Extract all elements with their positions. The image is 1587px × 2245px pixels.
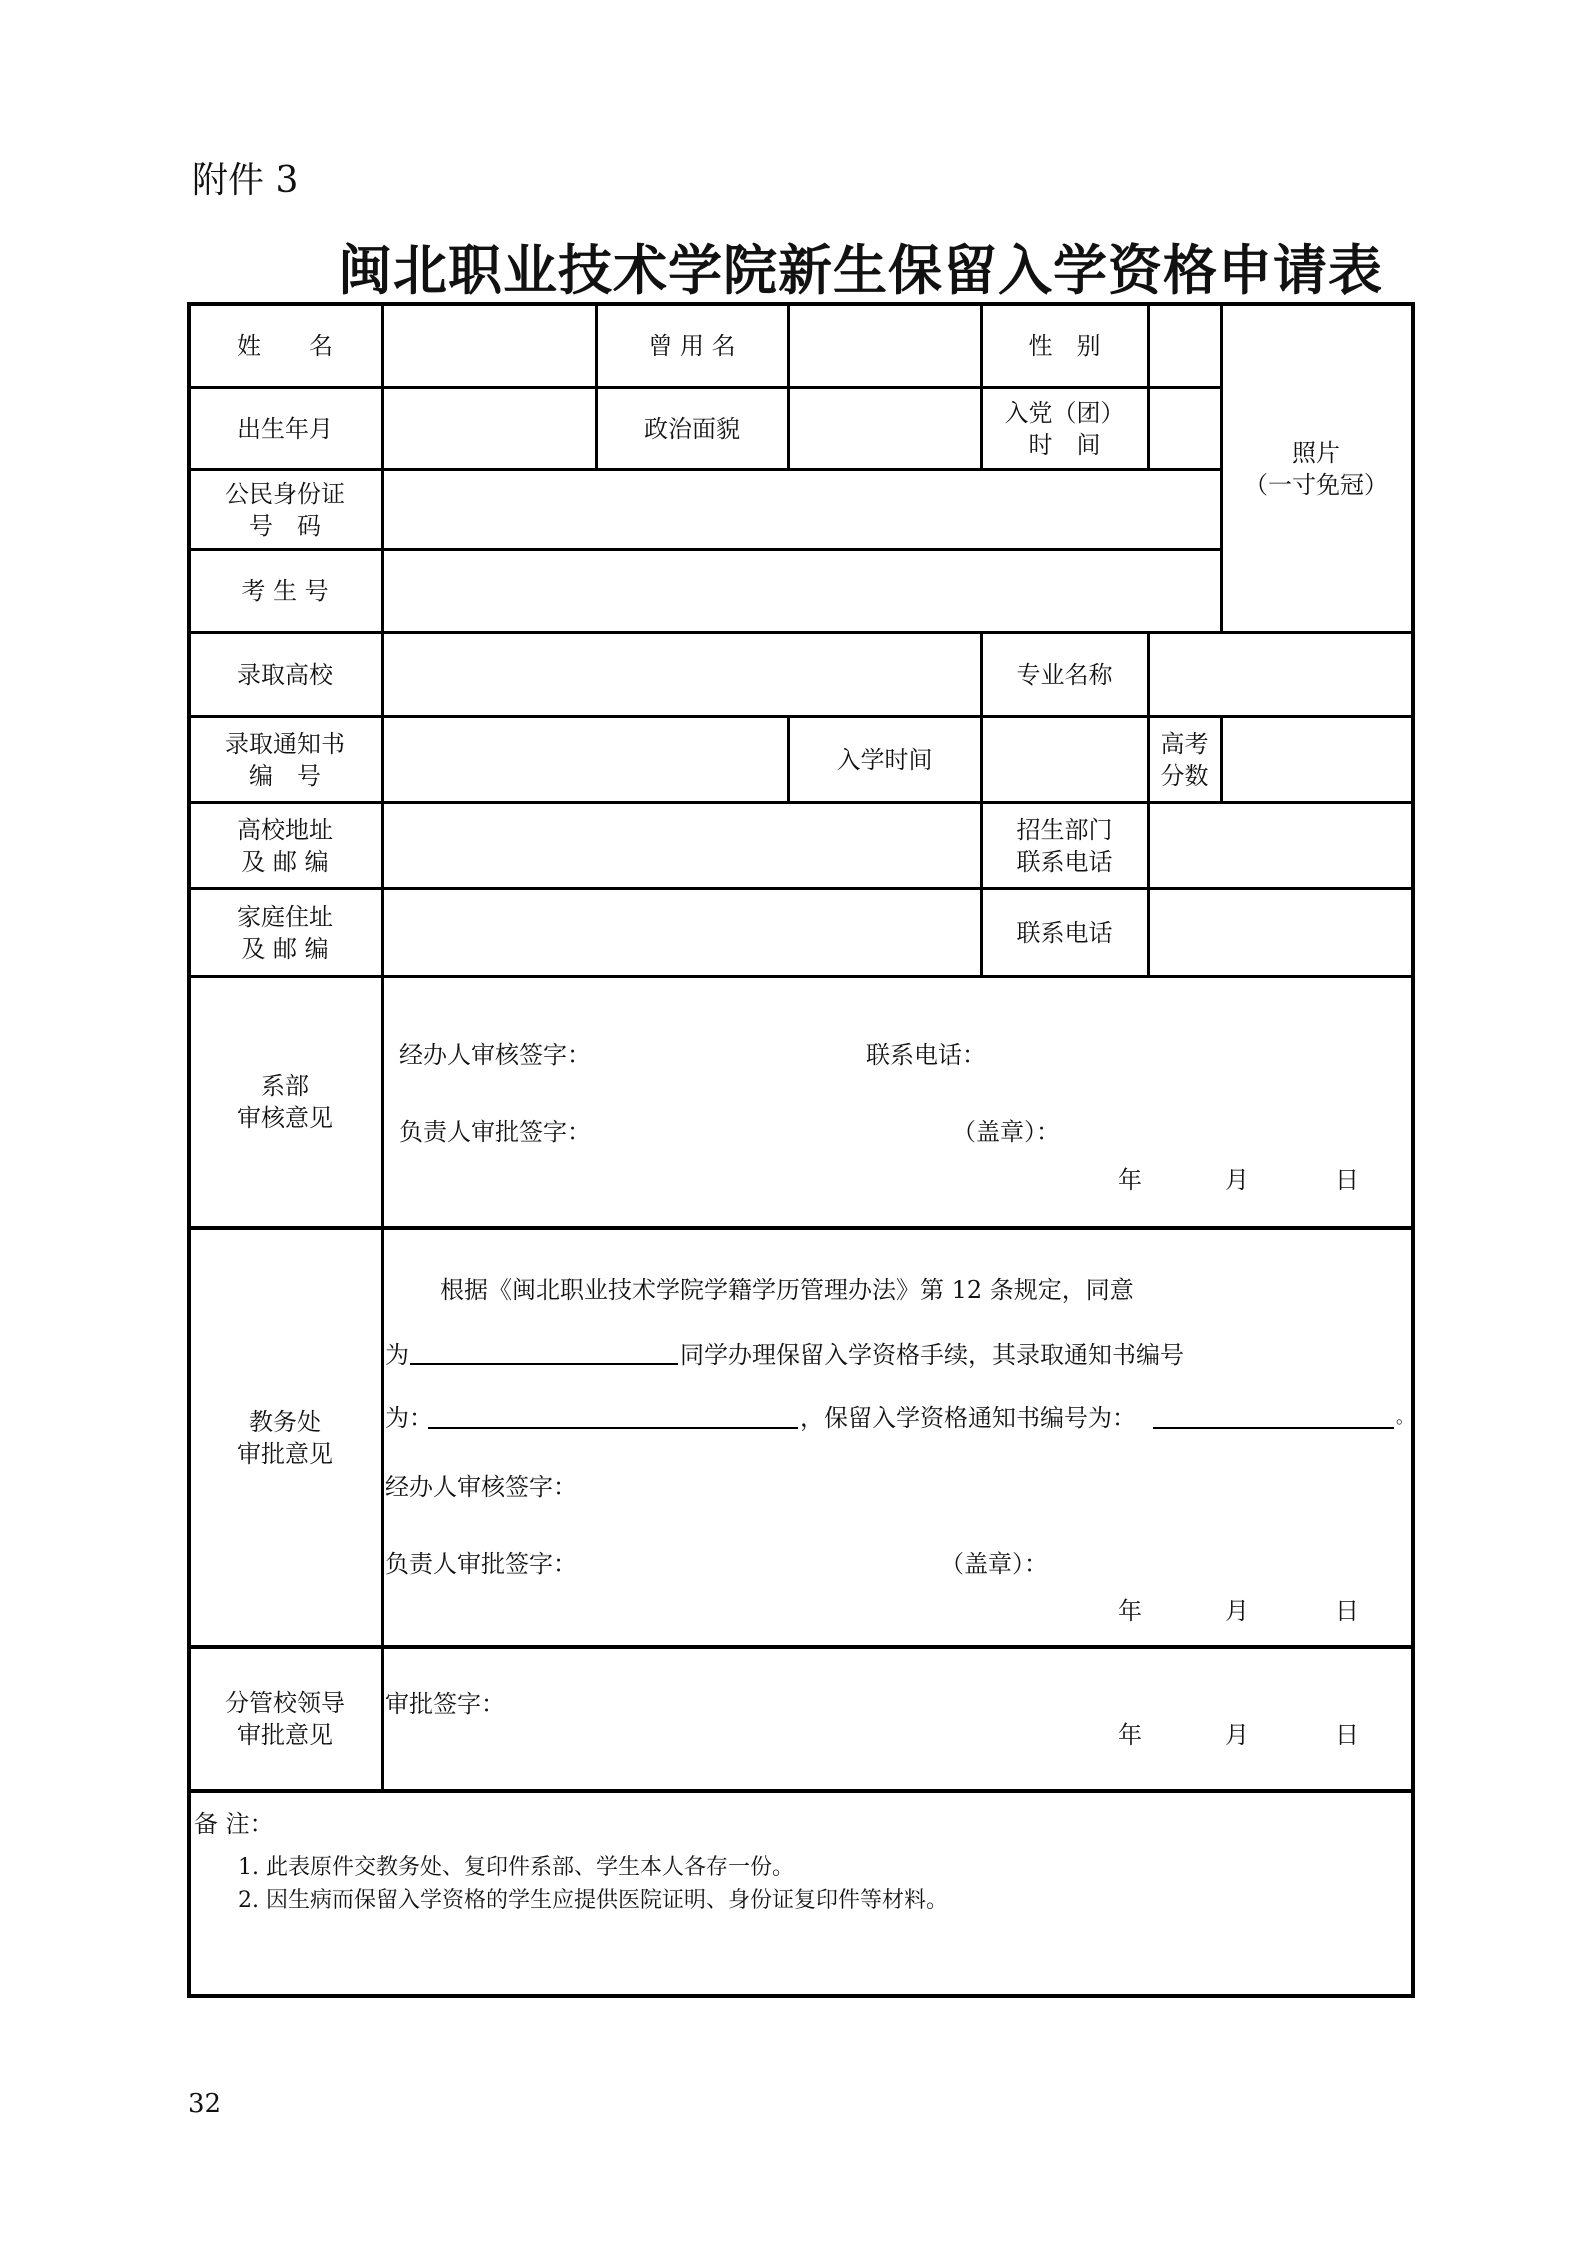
dept-year: 年 <box>1118 1165 1142 1195</box>
remarks-item: 2. 因生病而保留入学资格的学生应提供医院证明、身份证复印件等材料。 <box>238 1886 948 1916</box>
school-addr-field[interactable] <box>385 804 979 887</box>
id-label: 公民身份证 号 码 <box>190 471 380 548</box>
party-join-field[interactable] <box>1150 389 1219 468</box>
admit-contact-label-line1: 招生部门 <box>1017 814 1113 846</box>
name-label: 姓 名 <box>190 306 380 386</box>
academic-review-label: 教务处 审批意见 <box>190 1230 380 1645</box>
attachment-label: 附件 3 <box>192 152 298 203</box>
admit-school-label-text: 录取高校 <box>237 659 333 691</box>
home-addr-label-line1: 家庭住址 <box>237 901 333 933</box>
birth-label-text: 出生年月 <box>237 413 333 445</box>
notice-no-label-line1: 录取通知书 <box>225 728 345 760</box>
academic-year: 年 <box>1118 1596 1142 1626</box>
gender-label-text: 性 别 <box>1029 330 1101 362</box>
enroll-time-label: 入学时间 <box>790 718 979 801</box>
reserve-no-blank[interactable] <box>1153 1427 1394 1429</box>
leader-year: 年 <box>1118 1720 1142 1750</box>
remarks-title: 备 注： <box>194 1809 274 1839</box>
photo-box[interactable]: 照片 （一寸免冠） <box>1223 306 1409 632</box>
home-addr-label-line2: 及 邮 编 <box>241 933 328 965</box>
enroll-time-field[interactable] <box>983 718 1146 801</box>
notice-no-field[interactable] <box>385 718 786 801</box>
former-name-field[interactable] <box>791 306 979 386</box>
academic-head-sign: 负责人审批签字： <box>385 1549 577 1579</box>
form-title: 闽北职业技术学院新生保留入学资格申请表 <box>338 228 1383 305</box>
political-label: 政治面貌 <box>598 389 786 468</box>
score-field[interactable] <box>1223 718 1409 801</box>
school-addr-label-line2: 及 邮 编 <box>241 846 328 878</box>
dept-contact-phone: 联系电话： <box>866 1040 986 1070</box>
academic-month: 月 <box>1225 1596 1249 1626</box>
major-label: 专业名称 <box>983 634 1146 715</box>
party-join-label: 入党（团） 时 间 <box>983 389 1146 468</box>
birth-field[interactable] <box>385 389 594 468</box>
party-join-label-line2: 时 间 <box>1029 429 1101 461</box>
leader-review-label-line2: 审批意见 <box>237 1719 333 1751</box>
gender-field[interactable] <box>1150 306 1219 386</box>
notice-no-blank[interactable] <box>428 1427 798 1429</box>
dept-month: 月 <box>1225 1165 1249 1195</box>
dept-day: 日 <box>1335 1165 1359 1195</box>
admit-contact-label-line2: 联系电话 <box>1017 846 1113 878</box>
exam-no-field[interactable] <box>385 551 1219 631</box>
leader-month: 月 <box>1225 1720 1249 1750</box>
party-join-label-line1: 入党（团） <box>1005 397 1125 429</box>
dept-review-area[interactable] <box>385 978 1409 1226</box>
page-number: 32 <box>188 2089 221 2119</box>
admit-school-label: 录取高校 <box>190 634 380 715</box>
political-label-text: 政治面貌 <box>644 413 740 445</box>
col-divider <box>381 304 384 1791</box>
academic-seal: （盖章）： <box>940 1549 1048 1579</box>
id-field[interactable] <box>385 471 1219 548</box>
name-field[interactable] <box>385 306 594 386</box>
academic-para-3-end: 。 <box>1396 1403 1414 1433</box>
dept-handler-sign: 经办人审核签字： <box>399 1040 591 1070</box>
remarks-item: 1. 此表原件交教务处、复印件系部、学生本人各存一份。 <box>238 1853 794 1883</box>
political-field[interactable] <box>791 389 979 468</box>
row-divider <box>189 1789 1413 1793</box>
home-addr-label: 家庭住址 及 邮 编 <box>190 890 380 975</box>
home-phone-field[interactable] <box>1150 890 1409 975</box>
academic-handler-sign: 经办人审核签字： <box>385 1472 577 1502</box>
former-name-label-text: 曾 用 名 <box>648 330 735 362</box>
student-name-blank[interactable] <box>410 1363 678 1365</box>
dept-seal: （盖章）： <box>952 1117 1060 1147</box>
notice-no-label-line2: 编 号 <box>249 760 321 792</box>
id-label-line2: 号 码 <box>249 510 321 542</box>
school-addr-label-line1: 高校地址 <box>237 814 333 846</box>
col-divider <box>787 304 790 470</box>
dept-review-label-line2: 审核意见 <box>237 1102 333 1134</box>
leader-review-area[interactable] <box>385 1649 1409 1789</box>
name-label-text: 姓 名 <box>237 330 333 362</box>
admit-contact-field[interactable] <box>1150 804 1409 887</box>
dept-review-label: 系部 审核意见 <box>190 978 380 1226</box>
exam-no-label: 考 生 号 <box>190 551 380 631</box>
admit-school-field[interactable] <box>385 634 979 715</box>
former-name-label: 曾 用 名 <box>598 306 786 386</box>
admit-contact-label: 招生部门 联系电话 <box>983 804 1146 887</box>
academic-para-2-suffix: 同学办理保留入学资格手续，其录取通知书编号 <box>680 1340 1184 1370</box>
major-label-text: 专业名称 <box>1017 659 1113 691</box>
academic-para-2-prefix: 为 <box>385 1340 409 1370</box>
id-label-line1: 公民身份证 <box>225 478 345 510</box>
photo-size-label: （一寸免冠） <box>1244 469 1388 501</box>
score-label-line1: 高考 <box>1161 728 1209 760</box>
leader-day: 日 <box>1335 1720 1359 1750</box>
major-field[interactable] <box>1150 634 1409 715</box>
academic-para-3-mid: ，保留入学资格通知书编号为： <box>800 1403 1136 1433</box>
home-phone-label-text: 联系电话 <box>1017 917 1113 949</box>
notice-no-label: 录取通知书 编 号 <box>190 718 380 801</box>
score-label: 高考 分数 <box>1150 718 1219 801</box>
dept-head-sign: 负责人审批签字： <box>399 1117 591 1147</box>
leader-review-label-line1: 分管校领导 <box>225 1687 345 1719</box>
academic-review-label-line1: 教务处 <box>249 1406 321 1438</box>
birth-label: 出生年月 <box>190 389 380 468</box>
academic-para-3-prefix: 为： <box>385 1403 433 1433</box>
academic-para-1: 根据《闽北职业技术学院学籍学历管理办法》第 12 条规定，同意 <box>440 1275 1134 1305</box>
academic-day: 日 <box>1335 1596 1359 1626</box>
leader-review-label: 分管校领导 审批意见 <box>190 1649 380 1789</box>
photo-label: 照片 <box>1292 437 1340 469</box>
academic-review-label-line2: 审批意见 <box>237 1438 333 1470</box>
dept-review-label-line1: 系部 <box>261 1070 309 1102</box>
leader-sign: 审批签字： <box>385 1689 505 1719</box>
school-addr-label: 高校地址 及 邮 编 <box>190 804 380 887</box>
home-phone-label: 联系电话 <box>983 890 1146 975</box>
enroll-time-label-text: 入学时间 <box>837 744 933 776</box>
gender-label: 性 别 <box>983 306 1146 386</box>
exam-no-label-text: 考 生 号 <box>241 575 328 607</box>
home-addr-field[interactable] <box>385 890 979 975</box>
score-label-line2: 分数 <box>1161 760 1209 792</box>
